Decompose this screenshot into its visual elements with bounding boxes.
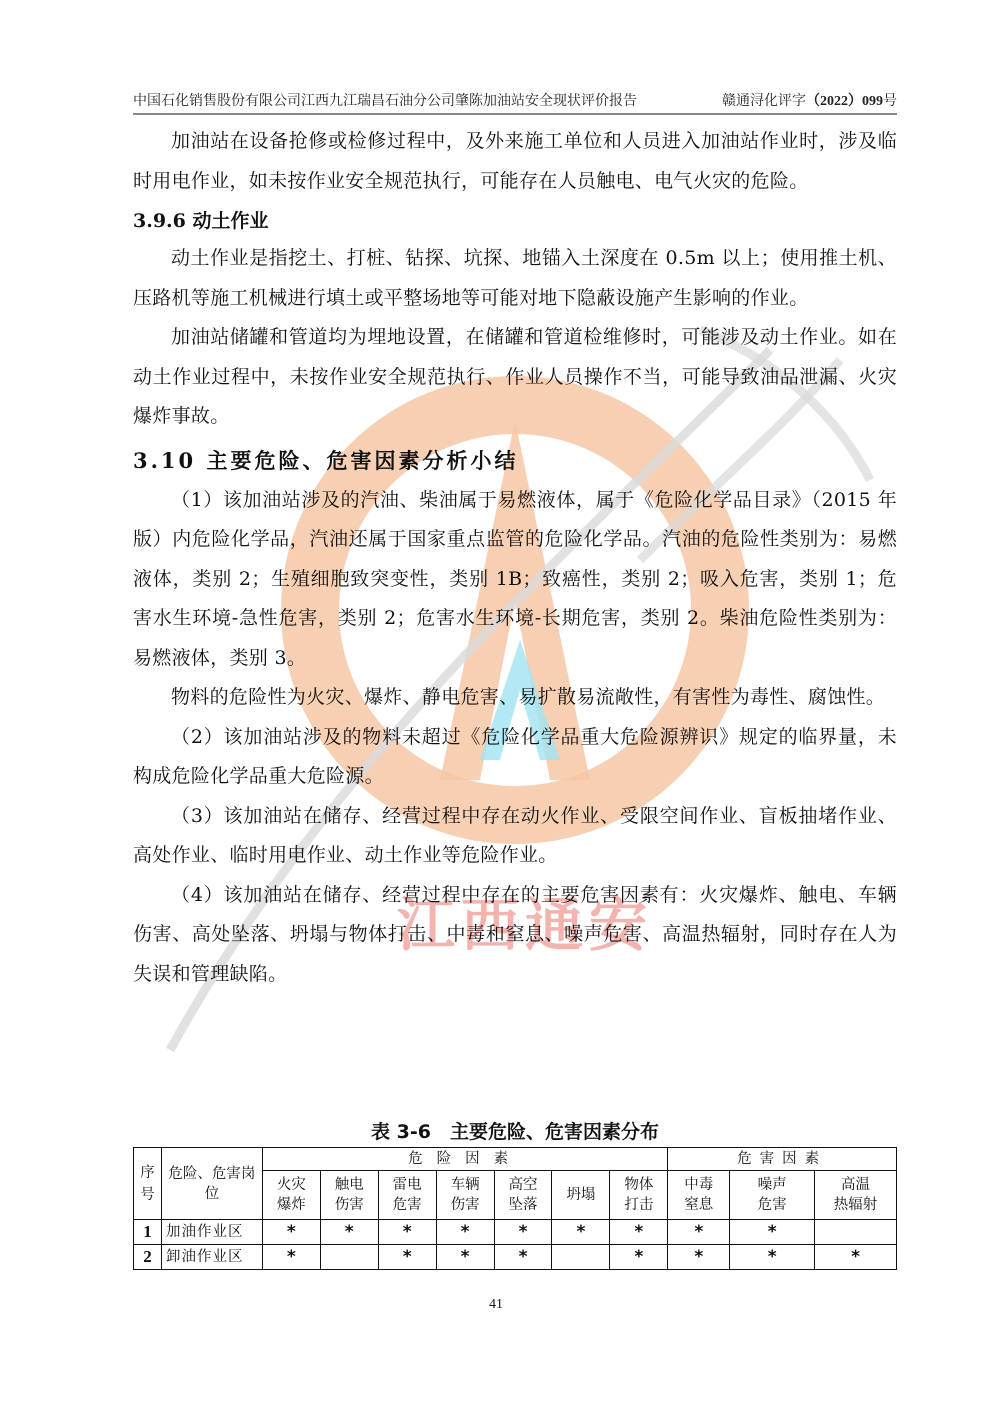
table-header-row-groups: 序号 危险、危害岗位 危险因素 危害因素	[134, 1148, 897, 1171]
header-factor: 雷电危害	[378, 1171, 436, 1220]
cell-mark: *	[730, 1220, 815, 1245]
header-seq: 序号	[134, 1148, 162, 1220]
document-page: 江西通安 中国石化销售股份有限公司江西九江瑞昌石油分公司肇陈加油站安全现状评价报…	[0, 0, 992, 1403]
cell-post: 卸油作业区	[161, 1245, 262, 1270]
table-caption: 表 3-6 主要危险、危害因素分布	[133, 1117, 897, 1144]
paragraph-excavation-definition: 动土作业是指挖土、打桩、钻探、坑探、地锚入土深度在 0.5m 以上；使用推土机、…	[133, 239, 897, 318]
cell-seq: 1	[134, 1220, 162, 1245]
paragraph-summary-3: （3）该加油站在储存、经营过程中存在动火作业、受限空间作业、盲板抽堵作业、高处作…	[133, 797, 897, 876]
header-factor: 火灾爆炸	[262, 1171, 320, 1220]
section-heading-3-10: 3.10 主要危险、危害因素分析小结	[133, 441, 897, 481]
cell-mark: *	[378, 1245, 436, 1270]
cell-mark: *	[436, 1245, 494, 1270]
table-row: 2 卸油作业区 * * * * * * * *	[134, 1245, 897, 1270]
table-row: 1 加油作业区 * * * * * * * * *	[134, 1220, 897, 1245]
header-factor: 坍塌	[552, 1171, 610, 1220]
cell-mark: *	[668, 1220, 730, 1245]
paragraph-excavation-risk: 加油站储罐和管道均为埋地设置，在储罐和管道检维修时，可能涉及动土作业。如在动土作…	[133, 318, 897, 437]
header-group-harm: 危害因素	[668, 1148, 897, 1171]
cell-mark: *	[320, 1220, 378, 1245]
cell-mark: *	[262, 1220, 320, 1245]
cell-mark	[552, 1245, 610, 1270]
header-post: 危险、危害岗位	[161, 1148, 262, 1220]
paragraph-summary-4: （4）该加油站在储存、经营过程中存在的主要危害因素有：火灾爆炸、触电、车辆伤害、…	[133, 876, 897, 995]
header-factor: 中毒窒息	[668, 1171, 730, 1220]
cell-mark: *	[730, 1245, 815, 1270]
paragraph-summary-2: （2）该加油站涉及的物料未超过《危险化学品重大危险源辨识》规定的临界量，未构成危…	[133, 718, 897, 797]
cell-mark: *	[815, 1245, 897, 1270]
paragraph-material-hazards: 物料的危险性为火灾、爆炸、静电危害、易扩散易流敞性，有害性为毒性、腐蚀性。	[133, 678, 897, 718]
header-factor: 触电伤害	[320, 1171, 378, 1220]
cell-mark	[815, 1220, 897, 1245]
cell-mark: *	[610, 1220, 668, 1245]
hazard-distribution-table: 序号 危险、危害岗位 危险因素 危害因素 火灾爆炸 触电伤害 雷电危害 车辆伤害…	[133, 1147, 897, 1270]
cell-post: 加油作业区	[161, 1220, 262, 1245]
cell-seq: 2	[134, 1245, 162, 1270]
paragraph-temp-electricity: 加油站在设备抢修或检修过程中，及外来施工单位和人员进入加油站作业时，涉及临时用电…	[133, 122, 897, 201]
page-number: 41	[0, 1297, 992, 1313]
cell-mark: *	[494, 1220, 552, 1245]
header-factor: 高温热辐射	[815, 1171, 897, 1220]
header-factor: 物体打击	[610, 1171, 668, 1220]
header-group-danger: 危险因素	[262, 1148, 667, 1171]
cell-mark: *	[552, 1220, 610, 1245]
cell-mark: *	[262, 1245, 320, 1270]
cell-mark: *	[436, 1220, 494, 1245]
header-factor: 噪声危害	[730, 1171, 815, 1220]
header-factor: 高空坠落	[494, 1171, 552, 1220]
cell-mark: *	[610, 1245, 668, 1270]
cell-mark	[320, 1245, 378, 1270]
header-report-title: 中国石化销售股份有限公司江西九江瑞昌石油分公司肇陈加油站安全现状评价报告	[133, 90, 637, 110]
cell-mark: *	[494, 1245, 552, 1270]
page-body: 加油站在设备抢修或检修过程中，及外来施工单位和人员进入加油站作业时，涉及临时用电…	[133, 122, 897, 994]
cell-mark: *	[668, 1245, 730, 1270]
cell-mark: *	[378, 1220, 436, 1245]
header-report-number: 赣通浔化评字（2022）099号	[722, 90, 897, 110]
paragraph-summary-1: （1）该加油站涉及的汽油、柴油属于易燃液体，属于《危险化学品目录》（2015 年…	[133, 481, 897, 679]
page-header: 中国石化销售股份有限公司江西九江瑞昌石油分公司肇陈加油站安全现状评价报告 赣通浔…	[133, 86, 897, 115]
header-factor: 车辆伤害	[436, 1171, 494, 1220]
section-heading-3-9-6: 3.9.6 动土作业	[133, 203, 897, 239]
